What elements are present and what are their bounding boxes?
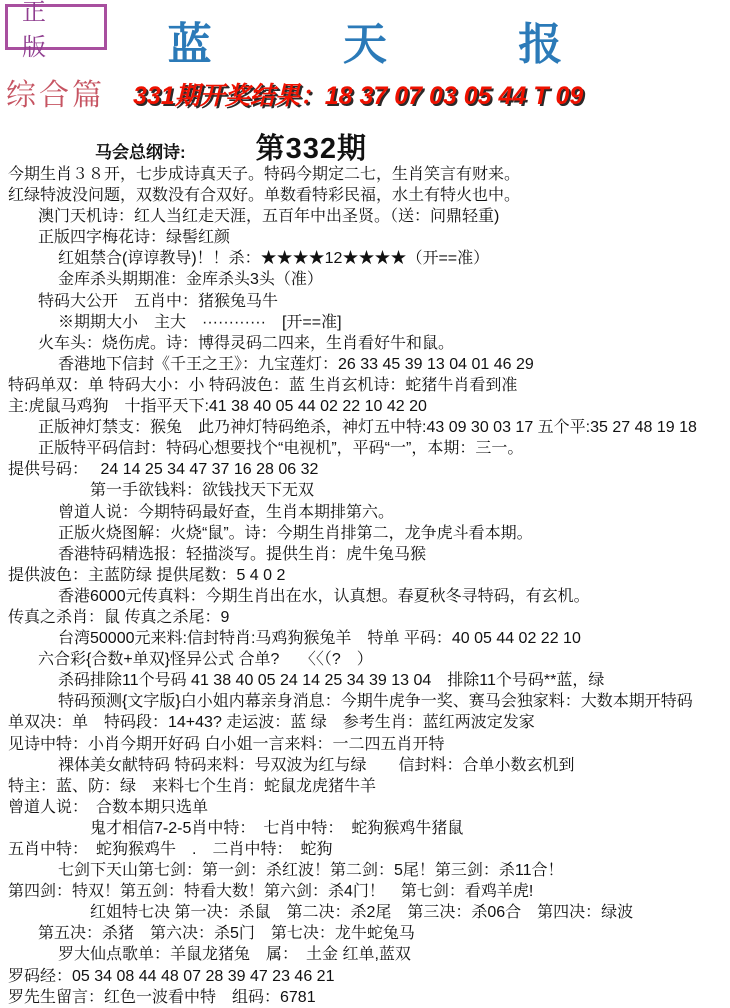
report-line: 第一手欲钱料：欲钱找天下无双 — [0, 480, 730, 501]
report-line: 正版四字梅花诗：绿髻红颜 — [0, 227, 730, 248]
report-line: 单双决：单 特码段：14+43? 走运波：蓝 绿 参考生肖：蓝红两波定发家 — [0, 712, 730, 733]
report-line: 今期生肖３８开，七步成诗真天子。特码今期定二七，生肖笑言有财来。 — [0, 164, 730, 185]
page-title: 蓝 天 报 — [0, 8, 730, 72]
report-line: 正版神灯禁支：猴兔 此乃神灯特码绝杀，神灯五中特:43 09 30 03 17 … — [0, 417, 730, 438]
report-line: 见诗中特：小肖今期开好码 白小姐一言来料：一二四五肖开特 — [0, 734, 730, 755]
report-line: 特主：蓝、防：绿 来料七个生肖：蛇鼠龙虎猪牛羊 — [0, 776, 730, 797]
issue-number: 第332期 — [256, 126, 367, 167]
report-line: 台湾50000元来料:信封特肖:马鸡狗猴兔羊 特单 平码：40 05 44 02… — [0, 628, 730, 649]
report-line: 香港地下信封《千王之王》：九宝莲灯：26 33 45 39 13 04 01 4… — [0, 354, 730, 375]
issue-row: 马会总纲诗: 第332期 — [0, 126, 730, 162]
report-line: 香港6000元传真料：今期生肖出在水，认真想。春夏秋冬寻特码，有玄机。 — [0, 586, 730, 607]
report-line: 七剑下天山第七剑：第一剑：杀红波！第二剑：5尾！第三剑：杀11合！ — [0, 860, 730, 881]
report-line: 第五决：杀猪 第六决：杀5门 第七决：龙牛蛇兔马 — [0, 923, 730, 944]
report-line: 罗大仙点歌单：羊鼠龙猪兔 属： 土金 红单,蓝双 — [0, 944, 730, 965]
report-line: 香港特码精选报：轻描淡写。提供生肖：虎牛兔马猴 — [0, 544, 730, 565]
report-line: 六合彩{合数+单双}怪异公式 合单? 〈〈（? ） — [0, 649, 730, 670]
report-line: 曾道人说： 合数本期只选单 — [0, 797, 730, 818]
report-line: 杀码排除11个号码 41 38 40 05 24 14 25 34 39 13 … — [0, 670, 730, 691]
report-line: 特码大公开 五肖中：猪猴兔马牛 — [0, 291, 730, 312]
report-line: 曾道人说：今期特码最好查，生肖本期排第六。 — [0, 502, 730, 523]
report-line: ※期期大小 主大 ············ [开==准] — [0, 312, 730, 333]
report-line: 主:虎鼠马鸡狗 十指平天下:41 38 40 05 44 02 22 10 42… — [0, 396, 730, 417]
section-label: 综合篇 — [6, 70, 105, 114]
report-line: 火车头：烧伤虎。诗：博得灵码二四来，生肖看好牛和鼠。 — [0, 333, 730, 354]
report-line: 传真之杀肖：鼠 传真之杀尾：9 — [0, 607, 730, 628]
report-line: 特码预测{文字版}白小姐内幕亲身消息：今期牛虎争一奖、赛马会独家料：大数本期开特… — [0, 691, 730, 712]
report-line: 鬼才相信7-2-5肖中特： 七肖中特： 蛇狗猴鸡牛猪鼠 — [0, 818, 730, 839]
report-line: 第四剑：特双！第五剑：特看大数！第六剑：杀4门！ 第七剑：看鸡羊虎! — [0, 881, 730, 902]
report-line: 金库杀头期期准：金库杀头3头（准） — [0, 269, 730, 290]
report-line: 红绿特波没问题，双数没有合双好。单数看特彩民福，水土有特火也中。 — [0, 185, 730, 206]
report-line: 正版火烧图解：火烧“鼠”。诗：今期生肖排第二，龙争虎斗看本期。 — [0, 523, 730, 544]
report-line: 红姐禁合(谆谆教导)！！杀：★★★★12★★★★（开==准） — [0, 248, 730, 269]
report-line: 特码单双：单 特码大小：小 特码波色：蓝 生肖玄机诗：蛇猪牛肖看到准 — [0, 375, 730, 396]
report-line: 红姐特七决 第一决：杀鼠 第二决：杀2尾 第三决：杀06合 第四决：绿波 — [0, 902, 730, 923]
report-line: 提供号码： 24 14 25 34 47 37 16 28 06 32 — [0, 459, 730, 480]
newspaper-page: 正 版 蓝 天 报 综合篇 331期开奖结果：18 37 07 03 05 44… — [0, 0, 730, 1008]
report-body: 马会总纲诗: 第332期 今期生肖３８开，七步成诗真天子。特码今期定二七，生肖笑… — [0, 126, 730, 1008]
report-line: 裸体美女献特码 特码来料：号双波为红与绿 信封料：合单小数玄机到 — [0, 755, 730, 776]
report-lines: 今期生肖３８开，七步成诗真天子。特码今期定二七，生肖笑言有财来。 红绿特波没问题… — [0, 164, 730, 1008]
previous-draw-result: 331期开奖结果：18 37 07 03 05 44 T 09 — [133, 76, 583, 112]
poem-label: 马会总纲诗: — [95, 138, 186, 163]
report-line: 罗先生留言：红色一波看中特 组码：6781 — [0, 987, 730, 1008]
report-line: 澳门天机诗：红人当红走天涯，五百年中出圣贤。（送：问鼎轻重) — [0, 206, 730, 227]
report-line: 罗码经：05 34 08 44 48 07 28 39 47 23 46 21 — [0, 966, 730, 987]
report-line: 五肖中特： 蛇狗猴鸡牛 . 二肖中特： 蛇狗 — [0, 839, 730, 860]
report-line: 提供波色：主蓝防绿 提供尾数：5 4 0 2 — [0, 565, 730, 586]
report-line: 正版特平码信封：特码心想要找个“电视机”，平码“一”，本期：三一。 — [0, 438, 730, 459]
